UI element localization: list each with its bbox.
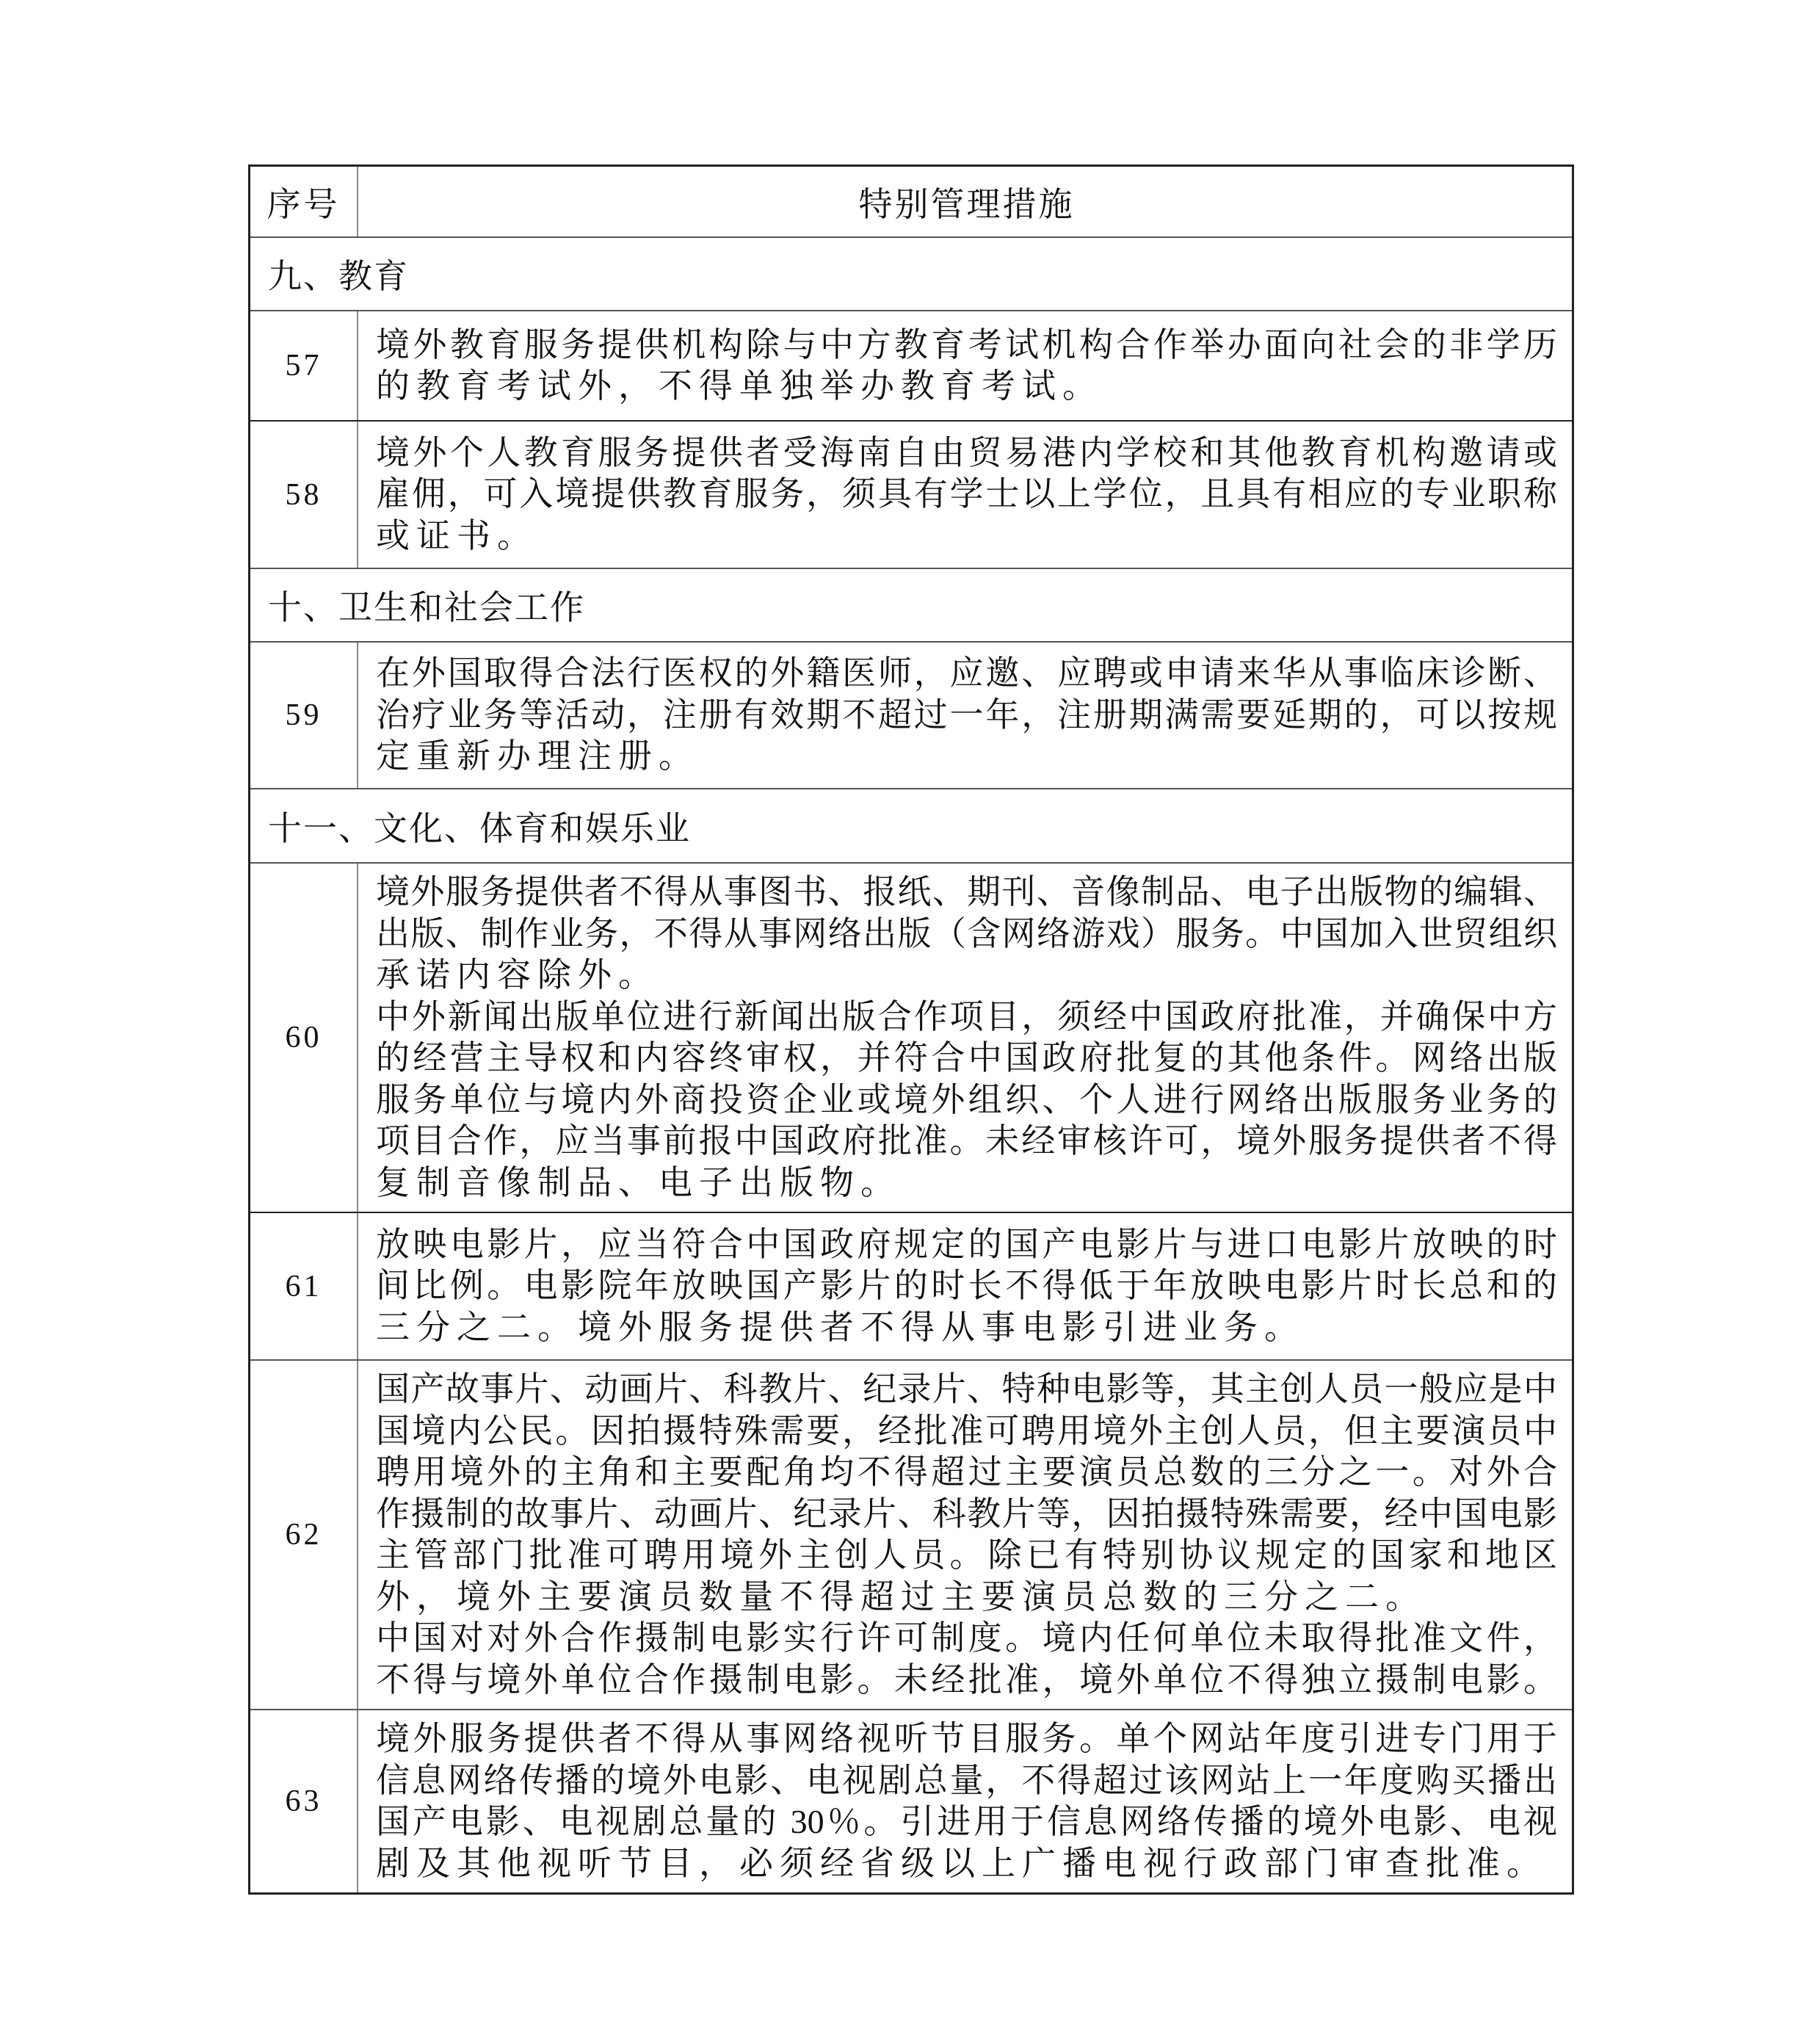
text-line: 复制音像制品、电子出版物。 (376, 1162, 1557, 1204)
row-number: 63 (250, 1710, 358, 1892)
row-measure: 放映电影片，应当符合中国政府规定的国产电影片与进口电影片放映的时 间比例。电影院… (358, 1213, 1572, 1359)
text-line: 放映电影片，应当符合中国政府规定的国产电影片与进口电影片放映的时 (376, 1224, 1557, 1266)
row-measure: 境外服务提供者不得从事网络视听节目服务。单个网站年度引进专门用于 信息网络传播的… (358, 1710, 1572, 1892)
header-measures: 特别管理措施 (358, 167, 1572, 236)
text-line: 境外服务提供者不得从事图书、报纸、期刊、音像制品、电子出版物的编辑、 (376, 872, 1557, 914)
table-row: 62 国产故事片、动画片、科教片、纪录片、特种电影等，其主创人员一般应是中 国境… (250, 1361, 1572, 1710)
table-row: 59 在外国取得合法行医权的外籍医师，应邀、应聘或申请来华从事临床诊断、 治疗业… (250, 643, 1572, 789)
row-number: 59 (250, 643, 358, 788)
row-measure: 境外服务提供者不得从事图书、报纸、期刊、音像制品、电子出版物的编辑、 出版、制作… (358, 864, 1572, 1212)
row-measure: 境外教育服务提供机构除与中方教育考试机构合作举办面向社会的非学历 的教育考试外，… (358, 311, 1572, 420)
text-line: 出版、制作业务，不得从事网络出版（含网络游戏）服务。中国加入世贸组织 (376, 914, 1557, 955)
special-measures-table: 序号 特别管理措施 九、教育 57 境外教育服务提供机构除与中方教育考试机构合作… (248, 164, 1574, 1895)
section-title: 十一、文化、体育和娱乐业 (250, 789, 1572, 862)
row-number: 62 (250, 1361, 358, 1709)
text-line: 不得与境外单位合作摄制电影。未经批准，境外单位不得独立摄制电影。 (376, 1660, 1557, 1701)
text-line: 聘用境外的主角和主要配角均不得超过主要演员总数的三分之一。对外合 (376, 1452, 1557, 1494)
table-header-row: 序号 特别管理措施 (250, 167, 1572, 238)
table-row: 63 境外服务提供者不得从事网络视听节目服务。单个网站年度引进专门用于 信息网络… (250, 1710, 1572, 1892)
text-line: 的教育考试外，不得单独举办教育考试。 (376, 366, 1557, 408)
header-number: 序号 (250, 167, 358, 236)
table-row: 57 境外教育服务提供机构除与中方教育考试机构合作举办面向社会的非学历 的教育考… (250, 311, 1572, 422)
text-line: 国产故事片、动画片、科教片、纪录片、特种电影等，其主创人员一般应是中 (376, 1369, 1557, 1411)
text-line: 国产电影、电视剧总量的 30％。引进用于信息网络传播的境外电影、电视 (376, 1801, 1557, 1843)
row-measure: 在外国取得合法行医权的外籍医师，应邀、应聘或申请来华从事临床诊断、 治疗业务等活… (358, 643, 1572, 788)
section-title: 九、教育 (250, 238, 1572, 310)
text-line: 境外教育服务提供机构除与中方教育考试机构合作举办面向社会的非学历 (376, 325, 1557, 366)
text-line: 剧及其他视听节目，必须经省级以上广播电视行政部门审查批准。 (376, 1843, 1557, 1885)
table-row: 58 境外个人教育服务提供者受海南自由贸易港内学校和其他教育机构邀请或 雇佣，可… (250, 422, 1572, 569)
text-line: 国境内公民。因拍摄特殊需要，经批准可聘用境外主创人员，但主要演员中 (376, 1411, 1557, 1453)
text-line: 主管部门批准可聘用境外主创人员。除已有特别协议规定的国家和地区 (376, 1535, 1557, 1577)
text-line: 境外个人教育服务提供者受海南自由贸易港内学校和其他教育机构邀请或 (376, 433, 1557, 474)
text-line: 三分之二。境外服务提供者不得从事电影引进业务。 (376, 1307, 1557, 1349)
row-measure: 境外个人教育服务提供者受海南自由贸易港内学校和其他教育机构邀请或 雇佣，可入境提… (358, 422, 1572, 568)
text-line: 承诺内容除外。 (376, 955, 1557, 997)
text-line: 项目合作，应当事前报中国政府批准。未经审核许可，境外服务提供者不得 (376, 1121, 1557, 1162)
text-line: 或证书。 (376, 516, 1557, 557)
row-number: 57 (250, 311, 358, 420)
text-line: 治疗业务等活动，注册有效期不超过一年，注册期满需要延期的，可以按规 (376, 695, 1557, 737)
section-title: 十、卫生和社会工作 (250, 569, 1572, 641)
section-row: 九、教育 (250, 238, 1572, 311)
text-line: 中外新闻出版单位进行新闻出版合作项目，须经中国政府批准，并确保中方 (376, 997, 1557, 1038)
section-row: 十、卫生和社会工作 (250, 569, 1572, 643)
text-line: 间比例。电影院年放映国产影片的时长不得低于年放映电影片时长总和的 (376, 1265, 1557, 1307)
text-line: 的经营主导权和内容终审权，并符合中国政府批复的其他条件。网络出版 (376, 1038, 1557, 1079)
table-row: 61 放映电影片，应当符合中国政府规定的国产电影片与进口电影片放映的时 间比例。… (250, 1213, 1572, 1361)
text-line: 服务单位与境内外商投资企业或境外组织、个人进行网络出版服务业务的 (376, 1079, 1557, 1121)
text-line: 中国对对外合作摄制电影实行许可制度。境内任何单位未取得批准文件， (376, 1618, 1557, 1660)
text-line: 作摄制的故事片、动画片、纪录片、科教片等，因拍摄特殊需要，经中国电影 (376, 1494, 1557, 1536)
row-number: 58 (250, 422, 358, 568)
text-line: 在外国取得合法行医权的外籍医师，应邀、应聘或申请来华从事临床诊断、 (376, 653, 1557, 695)
text-line: 定重新办理注册。 (376, 736, 1557, 778)
text-line: 境外服务提供者不得从事网络视听节目服务。单个网站年度引进专门用于 (376, 1718, 1557, 1760)
text-line: 外，境外主要演员数量不得超过主要演员总数的三分之二。 (376, 1577, 1557, 1619)
row-number: 61 (250, 1213, 358, 1359)
row-measure: 国产故事片、动画片、科教片、纪录片、特种电影等，其主创人员一般应是中 国境内公民… (358, 1361, 1572, 1709)
row-number: 60 (250, 864, 358, 1212)
table-row: 60 境外服务提供者不得从事图书、报纸、期刊、音像制品、电子出版物的编辑、 出版… (250, 864, 1572, 1213)
text-line: 信息网络传播的境外电影、电视剧总量，不得超过该网站上一年度购买播出 (376, 1760, 1557, 1802)
section-row: 十一、文化、体育和娱乐业 (250, 789, 1572, 864)
text-line: 雇佣，可入境提供教育服务，须具有学士以上学位，且具有相应的专业职称 (376, 474, 1557, 516)
